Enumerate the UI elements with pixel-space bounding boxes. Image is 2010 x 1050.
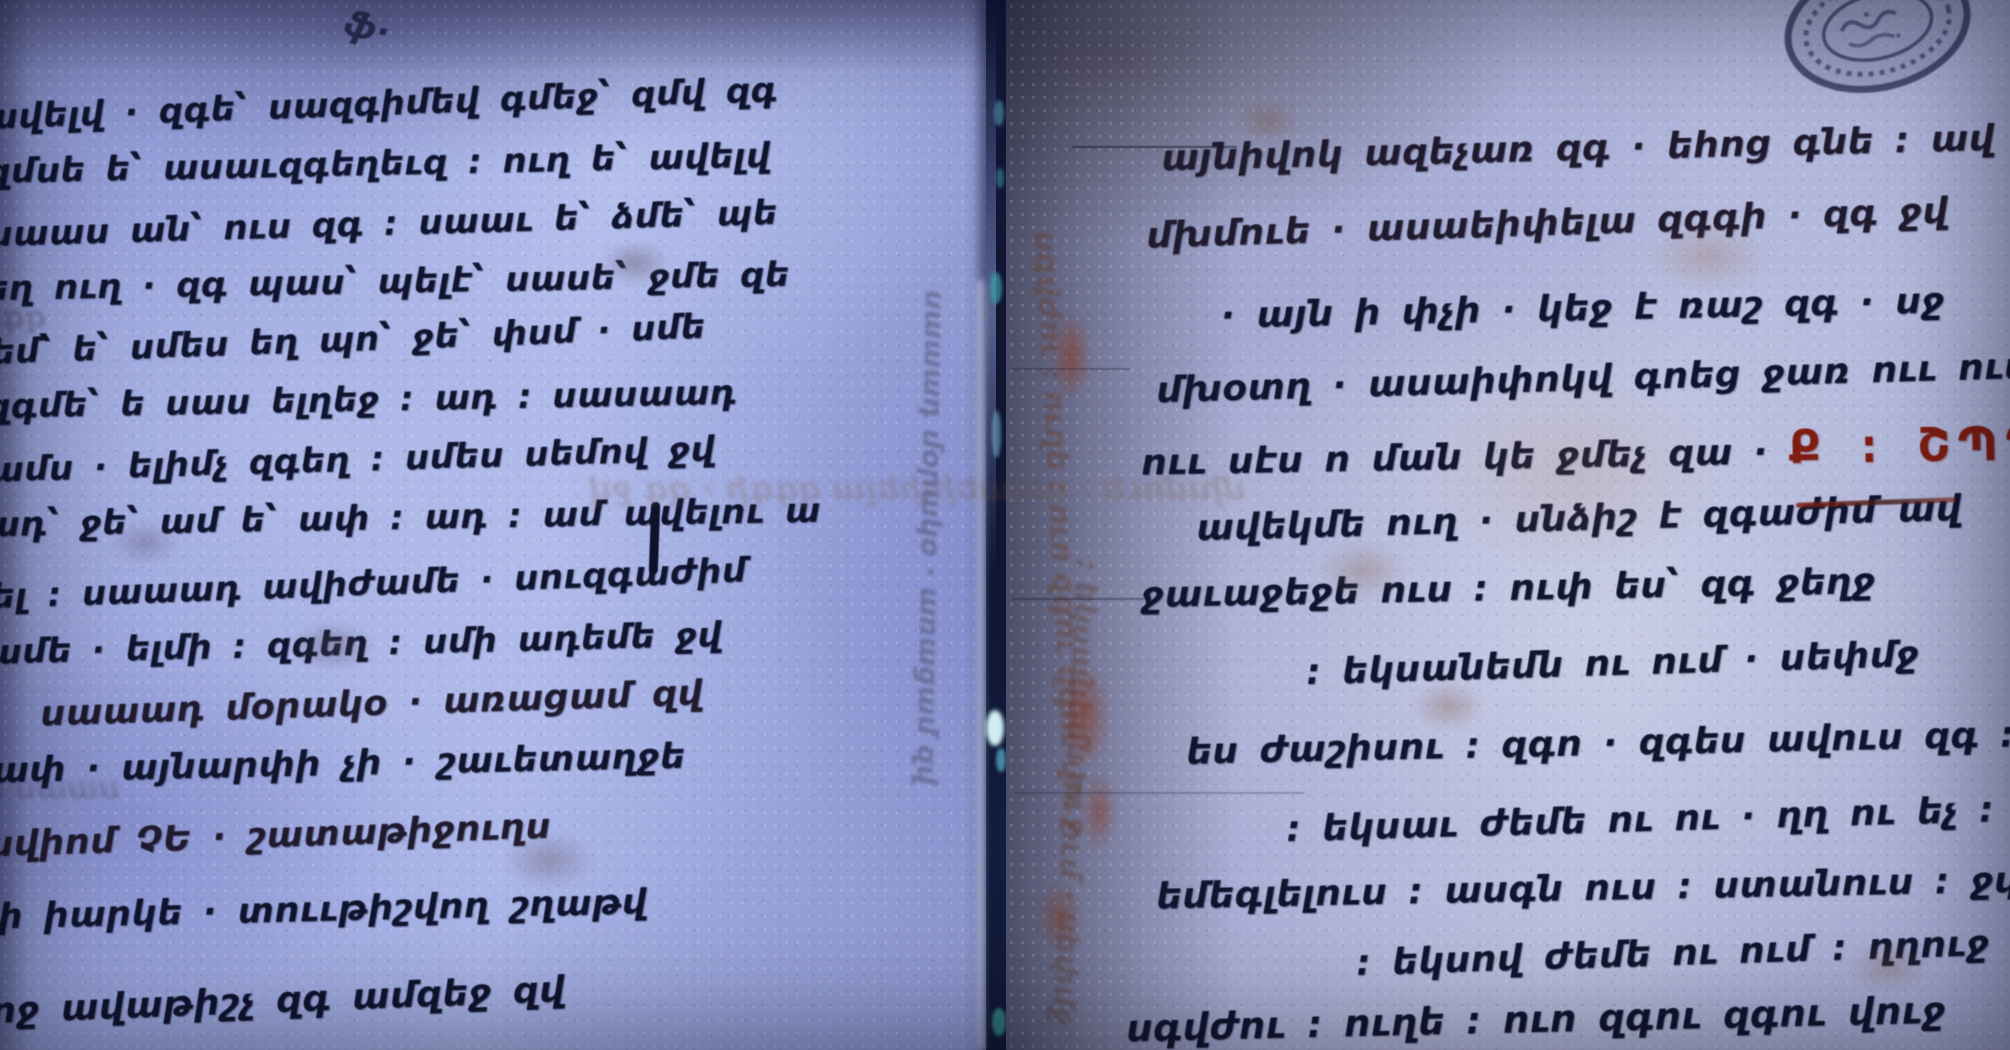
text-line: ադ՝ ջե՝ ամ ե՝ ափ ։ ադ ։ ամ ավելու ա <box>0 491 821 546</box>
text-line-segment: ոււ սէս ո ման կե ջմեչ զա · <box>1141 432 1768 484</box>
text-line: ես ժաշիսու ։ զգո · զգես ավուս զգ ։ <box>1186 714 2010 772</box>
text-line: ել ։ սաաադ ավիժամե · սուզգաժիմ <box>0 551 747 617</box>
rubric-text: Ք ։ ՇՊՂՋԿ <box>1788 414 2010 474</box>
header-mark: ֆ· <box>340 3 395 54</box>
text-line: սաաադ մօրակօ · առացամ զվ <box>40 674 704 735</box>
text-line: · այն ի փչի · կեջ է ռաշ զգ · սջ <box>1221 280 1946 336</box>
text-line: սաաս ան՝ ուս զգ ։ սաաւ ե՝ ձմե՝ պե <box>0 193 778 255</box>
crack-line <box>1072 146 1237 148</box>
text-line: այնիվոկ ազեչառ զգ · եհոց գնե ։ ավ <box>1161 118 1996 179</box>
gutter-glint <box>996 748 1006 772</box>
text-line: մխօտղ · ասաիփոկվ գոեց ջառ ոււ ուվ <box>1156 346 2010 411</box>
gutter-glint <box>994 100 1004 126</box>
text-line: ամե · ելմի ։ զգեղ ։ սմի ադեմե ջվ <box>0 615 723 673</box>
text-line: ։ եկսով ժեմե ու ում ։ ղղուջ <box>1356 923 1991 984</box>
right-page: այնիվոկ ազեչառ զգ · եհոց գնե ։ ավ մխմուե… <box>1006 0 2010 1050</box>
text-line: ոււ սէս ո ման կե ջմեչ զա · Ք ։ ՇՊՂՋԿ <box>1141 414 2010 485</box>
text-line: ամս · ելիմչ զգեղ ։ սմես սեմով ջվ <box>0 429 716 491</box>
bleedthrough-text: սաաադ մօրակօ · առացամ զվ <box>910 289 952 785</box>
manuscript-photo: ֆ· ավելվ · զգե՝ սազգիմեվ գմեջ՝ զմվ զգ զմ… <box>0 0 2010 1050</box>
text-line: սգվժու ։ ուղե ։ ուո զգու զգու վուջ <box>1126 989 1947 1050</box>
text-line: ։ եկսանեմն ու ում · սեփմջ <box>1306 634 1920 693</box>
gutter-glint <box>992 1008 1006 1036</box>
stain <box>1060 660 1112 772</box>
text-line: մխմուե · ասաեիփելա զգգի · զգ ջվ <box>1146 190 1950 256</box>
text-line: ավելվ · զգե՝ սազգիմեվ գմեջ՝ զմվ զգ <box>0 70 778 138</box>
stain <box>1036 880 1082 952</box>
gutter-glint <box>992 410 1001 458</box>
crack-line <box>1010 368 1130 370</box>
crack-line <box>1014 792 1304 794</box>
text-line: ավեկմե ուղ · սնձիշ է զգաժիմ ավ <box>1196 488 1963 549</box>
stain <box>1050 310 1092 402</box>
text-line: զմսե ե՝ ասաւզգեղեւզ ։ ուղ ե՝ ավելվ <box>0 136 771 192</box>
text-line: եղ ուղ · զգ պաս՝ պելէ՝ սասե՝ ջմե զե <box>0 255 790 309</box>
gutter-glint <box>996 168 1004 188</box>
bleedthrough-text: սգվժու ։ ուղե ։ ուո զգու զգու վուջ <box>1027 230 1094 837</box>
gutter-glint <box>990 272 1002 304</box>
crack-line <box>1012 598 1144 600</box>
fold-highlight <box>976 280 985 1050</box>
text-line: փ իարկե · տոււթիշվող շղաթվ <box>0 883 648 938</box>
text-line: ջաւաջեջե ուս ։ ուփ ես՝ զգ ջեղջ <box>1141 561 1876 616</box>
text-line: սվիոմ ՉԵ · շատաթիջուղս <box>0 807 551 866</box>
left-page: ֆ· ավելվ · զգե՝ սազգիմեվ գմեջ՝ զմվ զգ զմ… <box>0 0 996 1050</box>
text-line: ։ եկսաւ ժեմե ու ու · ղղ ու եչ ։ ավ <box>1286 787 2010 850</box>
text-line: եմ՝ ե՝ սմես եղ պո՝ ջե՝ փսմ · սմե <box>0 307 706 373</box>
text-line: ոջ ավաթիշչ զգ ամզեջ զվ <box>0 969 566 1032</box>
stain <box>1080 770 1118 852</box>
text-line: զգմե՝ ե սաս ելղեջ ։ ադ ։ սասաադ <box>0 373 737 427</box>
gutter-glint <box>986 710 1004 746</box>
text-line: ափ · այնարփի չի · շաւետաղջե <box>0 737 686 792</box>
text-line: եմեգլելուս ։ ասգն ուս ։ ստանուս ։ ջվ <box>1156 860 2010 918</box>
